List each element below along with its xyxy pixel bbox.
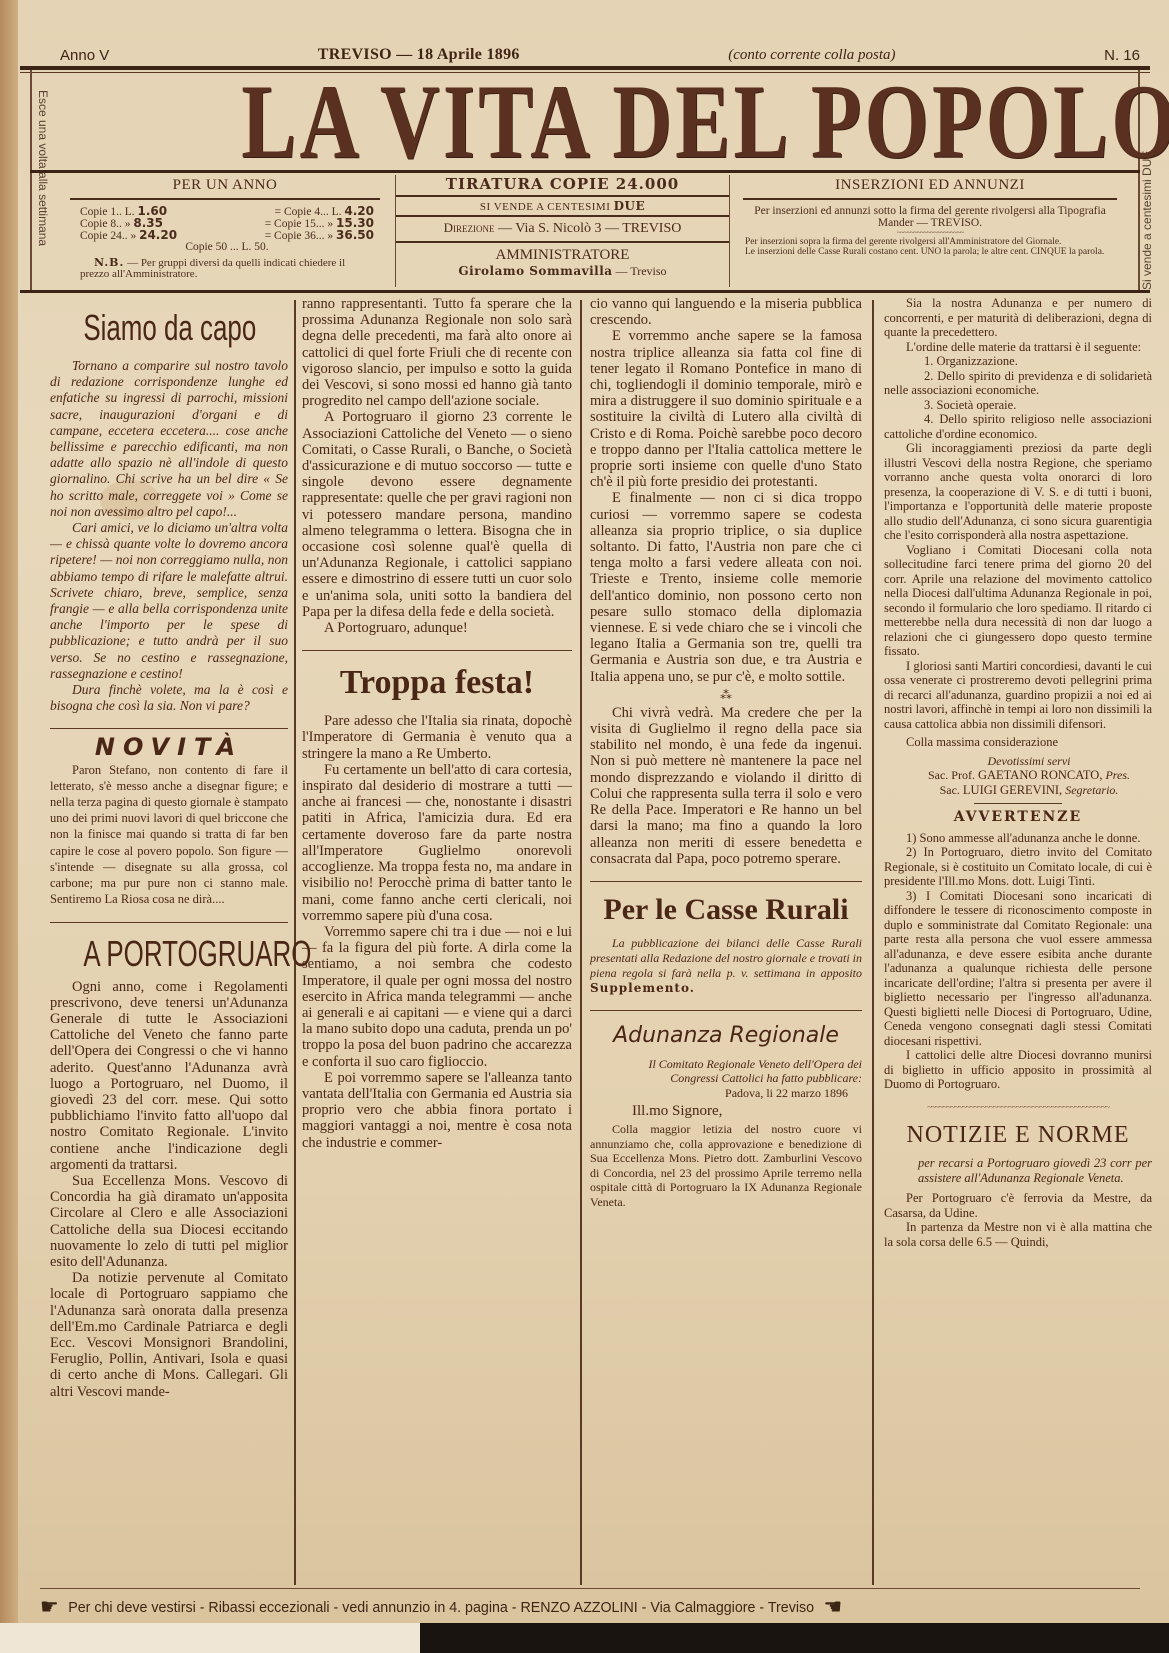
advertising-terms-2: Per inserzioni sopra la firma del gerent… — [735, 237, 1125, 247]
column-2: ranno rappresentanti. Tutto fa sperare c… — [302, 296, 572, 1586]
subscription-prices: Copie 1.. L. 1.60 = Copie 4... L. 4.20 C… — [60, 200, 390, 280]
article-body: cio vanno qui languendo e la miseria pub… — [590, 296, 862, 867]
frequency-note: Esce una volta alla settimana — [36, 90, 50, 290]
article-body: Pare adesso che l'Italia sia rinata, dop… — [302, 713, 572, 1150]
subscription-box: PER UN ANNO Copie 1.. L. 1.60 = Copie 4.… — [60, 175, 390, 287]
circulation-box: TIRATURA COPIE 24.000 SI VENDE A CENTESI… — [395, 175, 730, 287]
advertising-heading: INSERZIONI ED ANNUNZI — [743, 175, 1117, 200]
article-body: ranno rappresentanti. Tutto fa sperare c… — [302, 296, 572, 636]
footer-rule — [40, 1588, 1140, 1589]
paper-scrap — [0, 1623, 420, 1653]
newspaper-title: LA VITA DEL POPOLO — [241, 74, 959, 170]
section-divider — [302, 650, 572, 651]
article-title: NOTIZIE E NORME — [884, 1120, 1152, 1150]
postal-note: (conto corrente colla posta) — [728, 47, 895, 64]
article-title: Siamo da capo — [83, 306, 254, 350]
column-1: Siamo da capo Tornano a comparire sul no… — [50, 296, 288, 1586]
column-divider — [872, 300, 874, 1585]
masthead-rule — [30, 170, 1140, 173]
column-4: Sia la nostra Adunanza e per numero di c… — [884, 296, 1152, 1586]
article-body: 1) Sono ammesse all'adunanza anche le do… — [884, 831, 1152, 1092]
circulation-count: TIRATURA COPIE 24.000 — [396, 175, 729, 197]
article-body: Paron Stefano, non contento di fare il l… — [50, 762, 288, 908]
article-title: AVVERTENZE — [884, 810, 1152, 825]
wavy-divider: ~~~~~~~~~~~~~~~~~~~~ — [735, 229, 1125, 237]
editorial-address: Direzione — Via S. Nicolò 3 — TREVISO — [396, 217, 729, 243]
newspaper-page: Anno V TREVISO — 18 Aprile 1896 (conto c… — [0, 0, 1169, 1623]
issue-year: Anno V — [60, 47, 109, 64]
article-body: Ogni anno, come i Regolamenti prescrivon… — [50, 979, 288, 1400]
price-row: Copie 8.. » 8.35 = Copie 15... » 15.30 — [80, 218, 374, 230]
wavy-divider: ~~~~~~~~~~~~~~~~~~~~~~~~~~~~~~~~~~~~~~~~… — [884, 1100, 1152, 1115]
signature-president: Sac. Prof. GAETANO RONCATO, Pres. — [884, 768, 1152, 783]
article-title: NOVITÀ — [50, 739, 288, 755]
article-body: per recarsi a Portogruaro giovedì 23 cor… — [884, 1156, 1152, 1249]
pointing-hand-right-icon: ☛ — [40, 1596, 59, 1618]
article-title: A PORTOGRUARO — [83, 933, 254, 975]
issue-number: N. 16 — [1104, 47, 1140, 64]
section-divider — [50, 922, 288, 923]
footer-advertisement: ☛ Per chi deve vestirsi - Ribassi eccezi… — [40, 1596, 1085, 1618]
place-date: TREVISO — 18 Aprile 1896 — [318, 46, 520, 64]
column-3: cio vanno qui languendo e la miseria pub… — [590, 296, 862, 1586]
administrator-name: Girolamo Sommavilla — Treviso — [396, 264, 729, 279]
section-divider — [50, 728, 288, 729]
administrator-label: AMMINISTRATORE — [396, 243, 729, 264]
article-title: Adunanza Regionale — [590, 1021, 862, 1051]
sale-price: SI VENDE A CENTESIMI DUE — [396, 197, 729, 217]
price-row-last: Copie 50 ... L. 50. — [80, 242, 374, 253]
section-divider — [974, 803, 1062, 804]
subscription-note: N.B. — Per gruppi diversi da quelli indi… — [80, 253, 374, 280]
pointing-hand-left-icon: ☚ — [824, 1596, 843, 1618]
advertising-terms: Per inserzioni ed annunzi sotto la firma… — [735, 200, 1125, 229]
advertising-box: INSERZIONI ED ANNUNZI Per inserzioni ed … — [735, 175, 1125, 287]
article-body: La pubblicazione dei bilanci delle Casse… — [590, 936, 862, 996]
article-title: Per le Casse Rurali — [590, 892, 862, 928]
section-divider — [590, 881, 862, 882]
footer-ad-text: Per chi deve vestirsi - Ribassi eccezion… — [68, 1599, 814, 1616]
advertising-terms-3: Le inserzioni delle Casse Rurali costano… — [735, 247, 1125, 257]
article-body: Il Comitato Regionale Veneto dell'Opera … — [590, 1057, 862, 1210]
article-body: Tornano a comparire sul nostro tavolo di… — [50, 358, 288, 714]
price-row: Copie 1.. L. 1.60 = Copie 4... L. 4.20 — [80, 206, 374, 218]
column-divider — [580, 300, 582, 1585]
article-body: Sia la nostra Adunanza e per numero di c… — [884, 296, 1152, 797]
scan-border — [0, 1623, 1169, 1653]
issue-info-line: Anno V TREVISO — 18 Aprile 1896 (conto c… — [60, 42, 1140, 64]
article-title: Troppa festa! — [302, 661, 572, 705]
signature-secretary: Sac. LUIGI GEREVINI, Segretario. — [884, 783, 1152, 798]
page-edge — [0, 0, 18, 1623]
section-asterism: ⁂ — [590, 689, 862, 701]
subscription-heading: PER UN ANNO — [70, 175, 380, 200]
section-divider — [590, 1010, 862, 1011]
header-bottom-rule — [20, 290, 1150, 293]
